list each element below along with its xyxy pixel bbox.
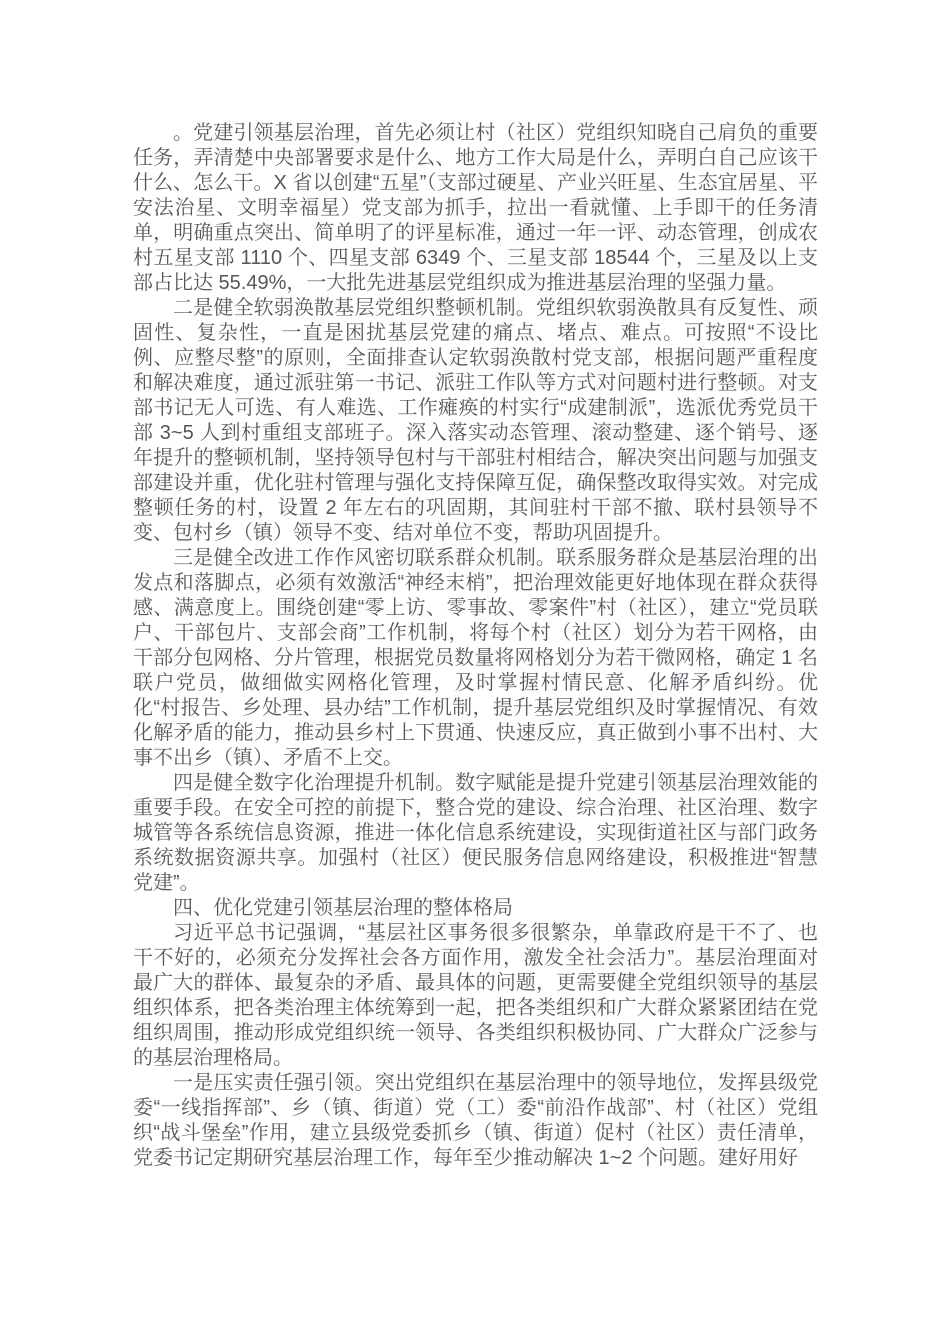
document-page: 。党建引领基层治理，首先必须让村（社区）党组织知晓自己肩负的重要任务，弄清楚中央… (0, 0, 950, 1344)
paragraph-work-style-mass-ties: 三是健全改进工作作风密切联系群众机制。联系服务群众是基层治理的出发点和落脚点，必… (133, 546, 818, 771)
paragraph-weak-party-rectification: 二是健全软弱涣散基层党组织整顿机制。党组织软弱涣散具有反复性、顽固性、复杂性，一… (133, 296, 818, 546)
paragraph-digital-governance: 四是健全数字化治理提升机制。数字赋能是提升党建引领基层治理效能的重要手段。在安全… (133, 771, 818, 896)
paragraph-responsibility-leadership: 一是压实责任强引领。突出党组织在基层治理中的领导地位，发挥县级党委“一线指挥部”… (133, 1071, 818, 1171)
section-heading-overall-pattern: 四、优化党建引领基层治理的整体格局 (133, 896, 818, 921)
paragraph-general-secretary-quote: 习近平总书记强调，“基层社区事务很多很繁杂，单靠政府是干不了、也干不好的，必须充… (133, 921, 818, 1071)
paragraph-five-star-mechanism: 。党建引领基层治理，首先必须让村（社区）党组织知晓自己肩负的重要任务，弄清楚中央… (133, 121, 818, 296)
